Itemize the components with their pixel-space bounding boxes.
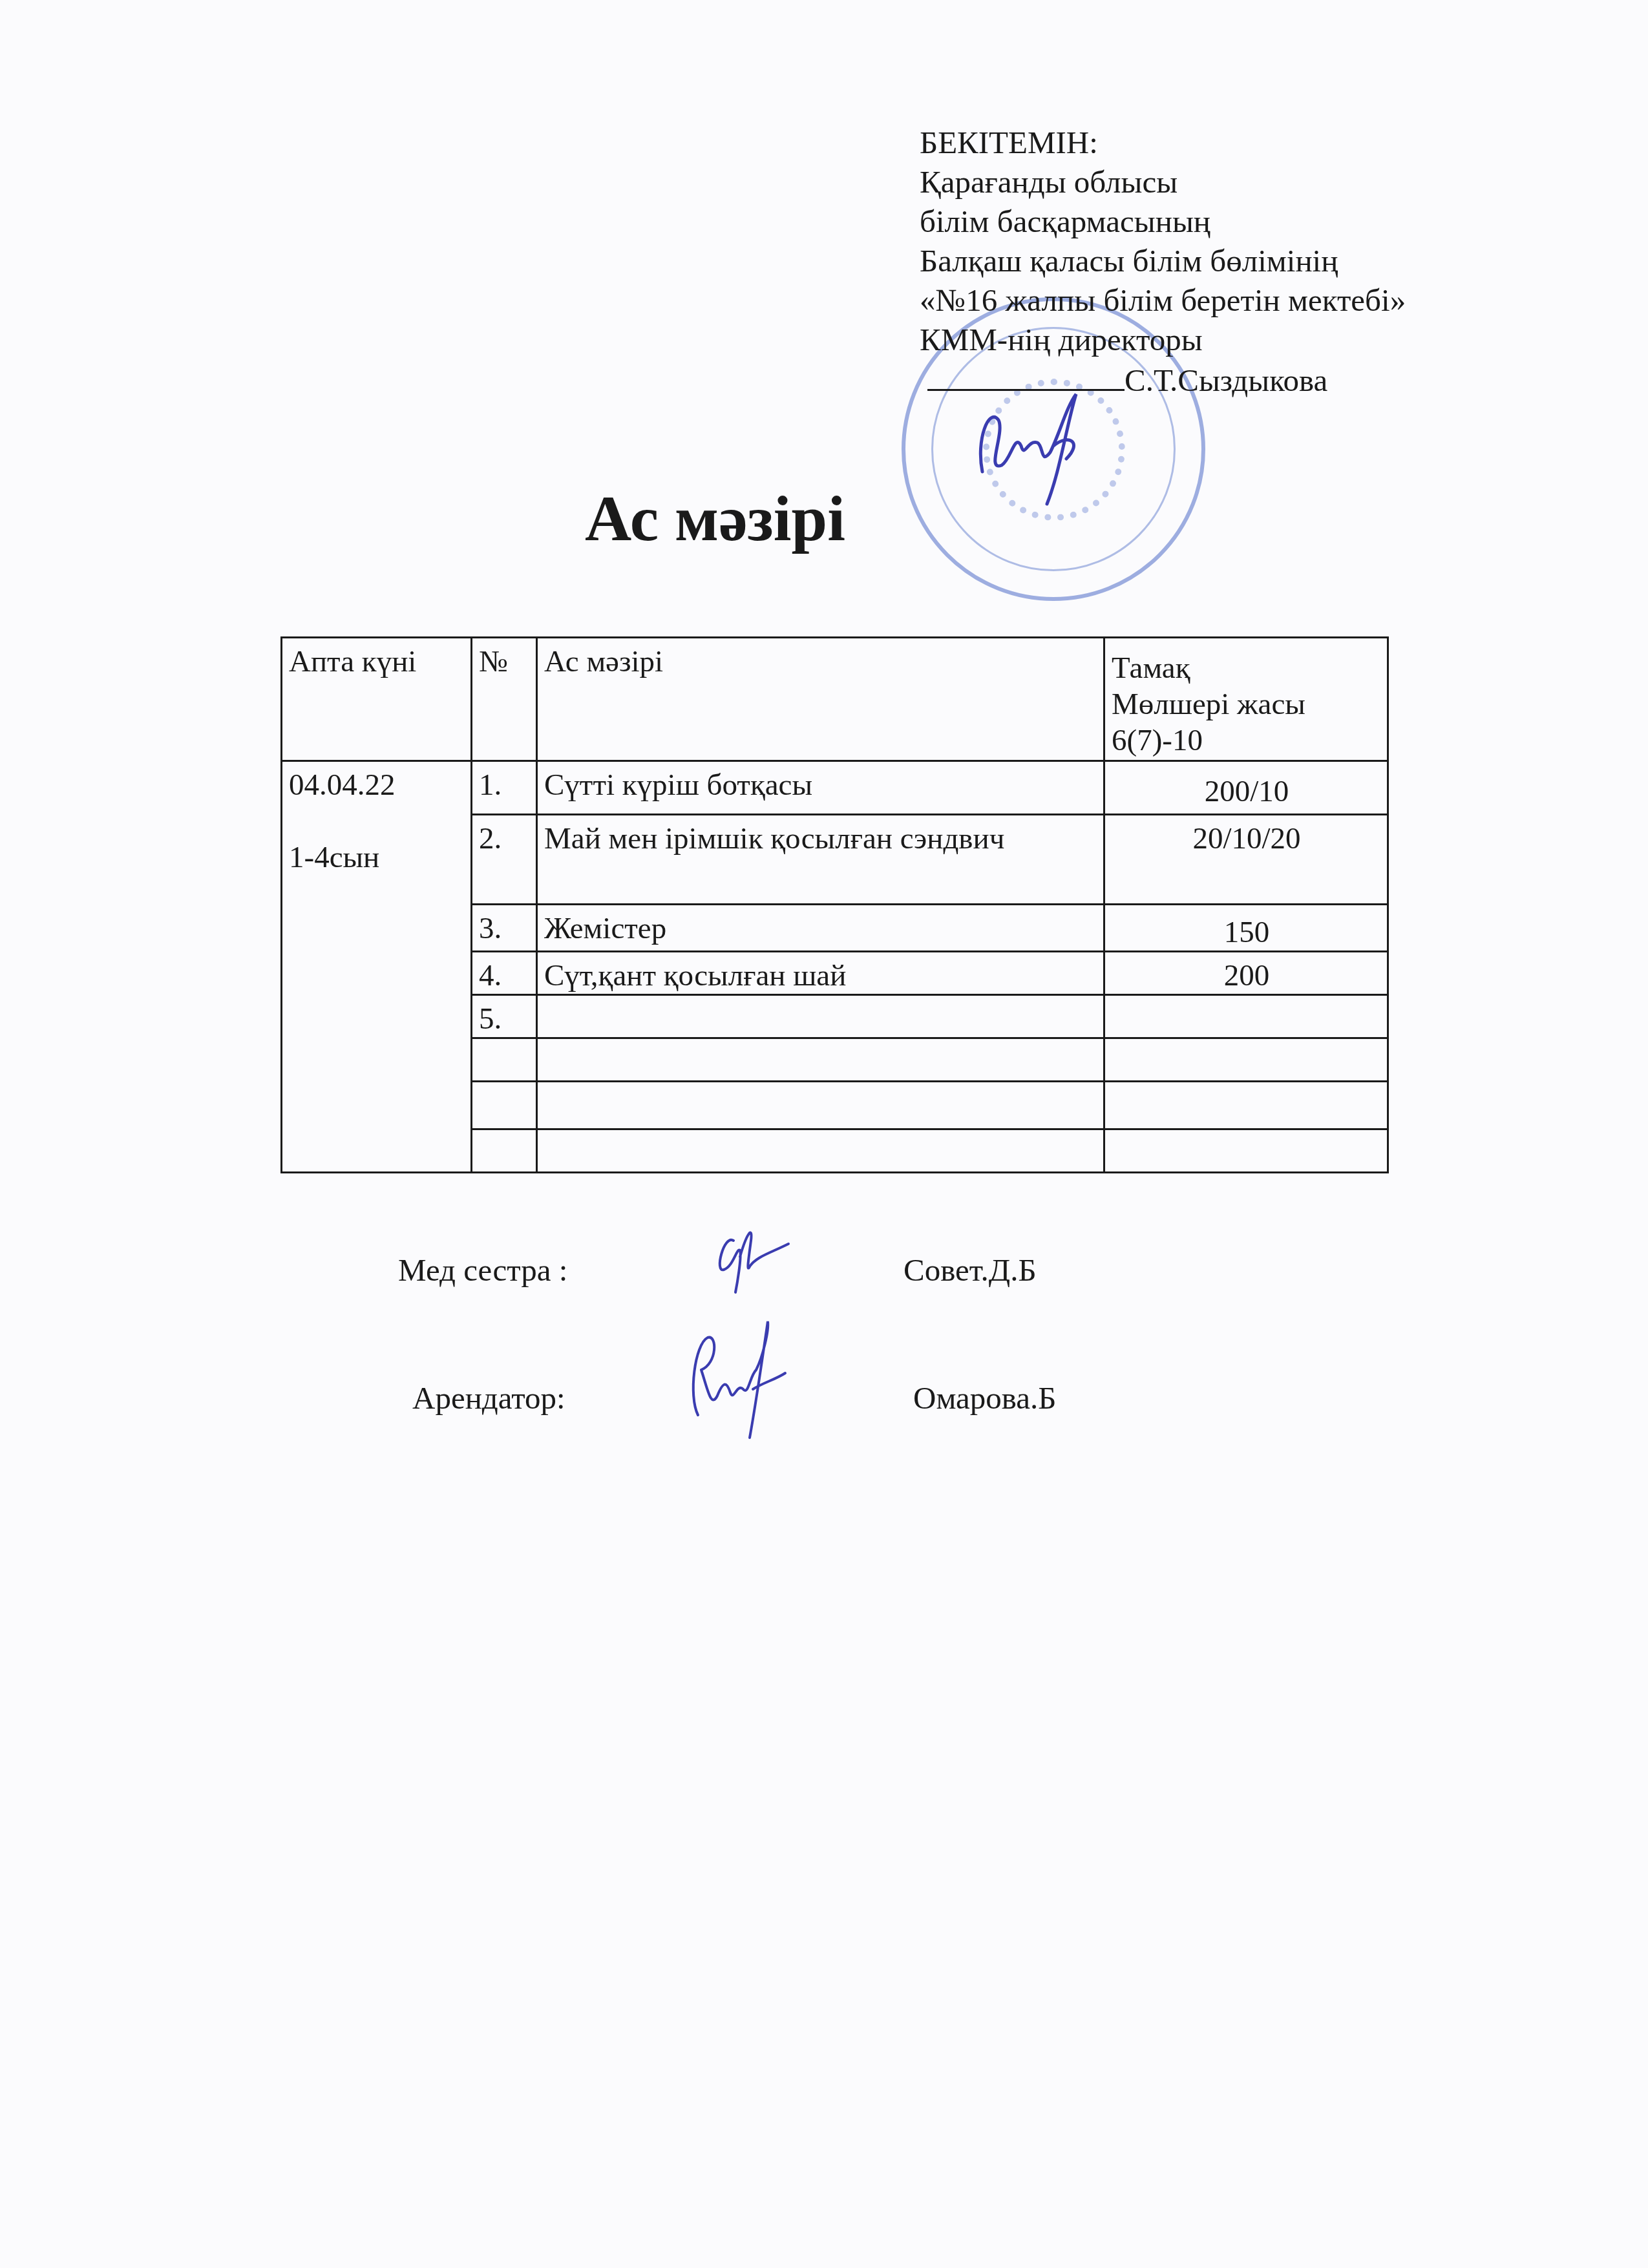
tenant-label: Арендатор:	[412, 1380, 565, 1416]
nurse-label: Мед сестра :	[398, 1252, 567, 1288]
portion-size: 200/10	[1104, 761, 1388, 815]
approval-line: Қарағанды облысы	[920, 162, 1406, 202]
director-signature-icon	[963, 381, 1105, 510]
header-number: №	[472, 638, 537, 761]
row-number: 1.	[472, 761, 537, 815]
table-row: 04.04.22 1-4сын 1. Сүтті күріш ботқасы 2…	[282, 761, 1388, 815]
director-name: С.Т.Сыздыкова	[1125, 362, 1327, 398]
portion-size: 150	[1104, 905, 1388, 952]
row-number: 3.	[472, 905, 537, 952]
page-title: Ас мәзірі	[585, 481, 845, 556]
header-portion-line: Мөлшері жасы	[1112, 686, 1382, 722]
portion-size	[1104, 1038, 1388, 1082]
portion-size	[1104, 995, 1388, 1038]
row-number	[472, 1082, 537, 1129]
approval-line: «№16 жалпы білім беретін мектебі»	[920, 280, 1406, 320]
row-number	[472, 1129, 537, 1173]
dish-name: Жемістер	[537, 905, 1104, 952]
header-portion: Тамақ Мөлшері жасы 6(7)-10	[1104, 638, 1388, 761]
menu-table: Апта күні № Ас мәзірі Тамақ Мөлшері жасы…	[280, 636, 1389, 1173]
tenant-signature-icon	[672, 1318, 801, 1441]
table-header-row: Апта күні № Ас мәзірі Тамақ Мөлшері жасы…	[282, 638, 1388, 761]
row-number: 2.	[472, 815, 537, 905]
approval-heading: БЕКІТЕМІН:	[920, 123, 1406, 162]
portion-size: 20/10/20	[1104, 815, 1388, 905]
day-cell: 04.04.22 1-4сын	[282, 761, 472, 1173]
header-day: Апта күні	[282, 638, 472, 761]
dish-name	[537, 995, 1104, 1038]
approval-block: БЕКІТЕМІН: Қарағанды облысы білім басқар…	[920, 123, 1406, 400]
row-number	[472, 1038, 537, 1082]
nurse-signature-icon	[711, 1221, 808, 1299]
dish-name: Сүт,қант қосылған шай	[537, 952, 1104, 995]
approval-line: Балқаш қаласы білім бөлімінің	[920, 241, 1406, 280]
menu-date: 04.04.22	[289, 767, 465, 803]
portion-size	[1104, 1129, 1388, 1173]
portion-size	[1104, 1082, 1388, 1129]
dish-name: Май мен ірімшік қосылған сэндвич	[537, 815, 1104, 905]
approval-line: білім басқармасының	[920, 202, 1406, 241]
row-number: 5.	[472, 995, 537, 1038]
header-portion-line: 6(7)-10	[1112, 722, 1382, 759]
dish-name	[537, 1038, 1104, 1082]
header-portion-line: Тамақ	[1112, 650, 1382, 686]
grade-range: 1-4сын	[289, 839, 465, 876]
dish-name	[537, 1129, 1104, 1173]
nurse-name: Совет.Д.Б	[903, 1252, 1037, 1288]
dish-name	[537, 1082, 1104, 1129]
portion-size: 200	[1104, 952, 1388, 995]
header-menu: Ас мәзірі	[537, 638, 1104, 761]
row-number: 4.	[472, 952, 537, 995]
dish-name: Сүтті күріш ботқасы	[537, 761, 1104, 815]
tenant-name: Омарова.Б	[913, 1380, 1056, 1416]
approval-line: КММ-нің директоры	[920, 320, 1406, 359]
